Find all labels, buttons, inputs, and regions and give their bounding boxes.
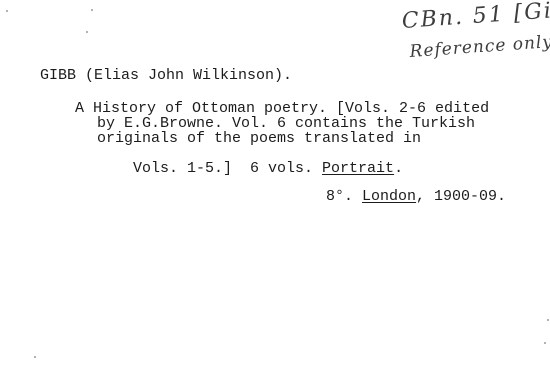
scan-speck [547,319,549,321]
author-heading: GIBB (Elias John Wilkinson). [40,68,292,83]
imprint-place: London [362,188,416,205]
handwritten-reference-note: Reference only. [409,32,550,62]
library-catalog-card: CBn. 51 [Gibb] Reference only. GIBB (Eli… [0,0,550,374]
imprint-format: 8°. [326,188,362,205]
title-line-2: by E.G.Browne. Vol. 6 contains the Turki… [97,116,475,131]
imprint-dates: , 1900-09. [416,188,506,205]
title-line-1: A History of Ottoman poetry. [Vols. 2-6 … [75,101,489,116]
scan-speck [6,10,8,12]
imprint-line: 8°. London, 1900-09. [290,174,506,219]
scan-speck [91,9,93,11]
scan-speck [544,342,546,344]
scan-speck [86,31,88,33]
title-line-3: originals of the poems translated in [97,131,421,146]
handwritten-shelfmark: CBn. 51 [Gibb] [401,0,550,34]
scan-speck [34,356,36,358]
